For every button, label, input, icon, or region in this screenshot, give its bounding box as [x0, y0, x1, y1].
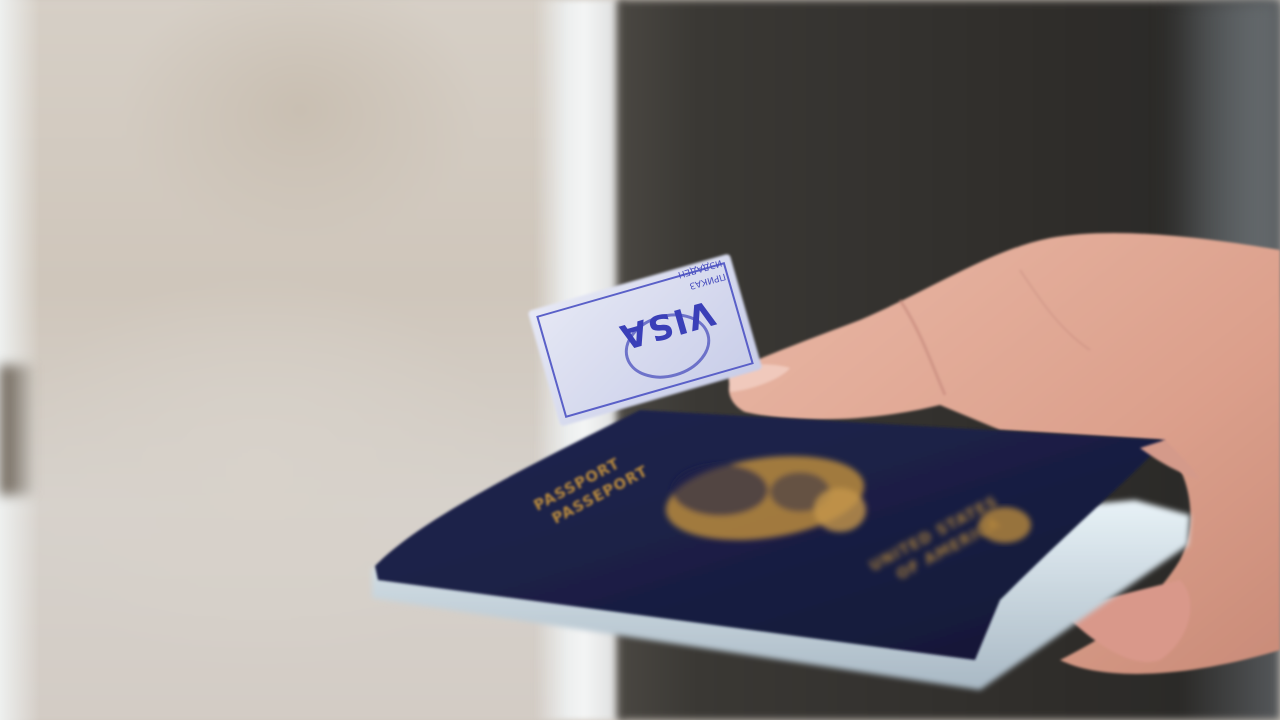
visa-card: VISA ПРИКАЗ ИЗДАДЕН	[528, 253, 763, 426]
chip-logo-icon	[979, 507, 1031, 543]
foreground: VISA ПРИКАЗ ИЗДАДЕН PASSPORT PASSEPORT U…	[0, 0, 1280, 720]
photo-scene: VISA ПРИКАЗ ИЗДАДЕН PASSPORT PASSEPORT U…	[0, 0, 1280, 720]
